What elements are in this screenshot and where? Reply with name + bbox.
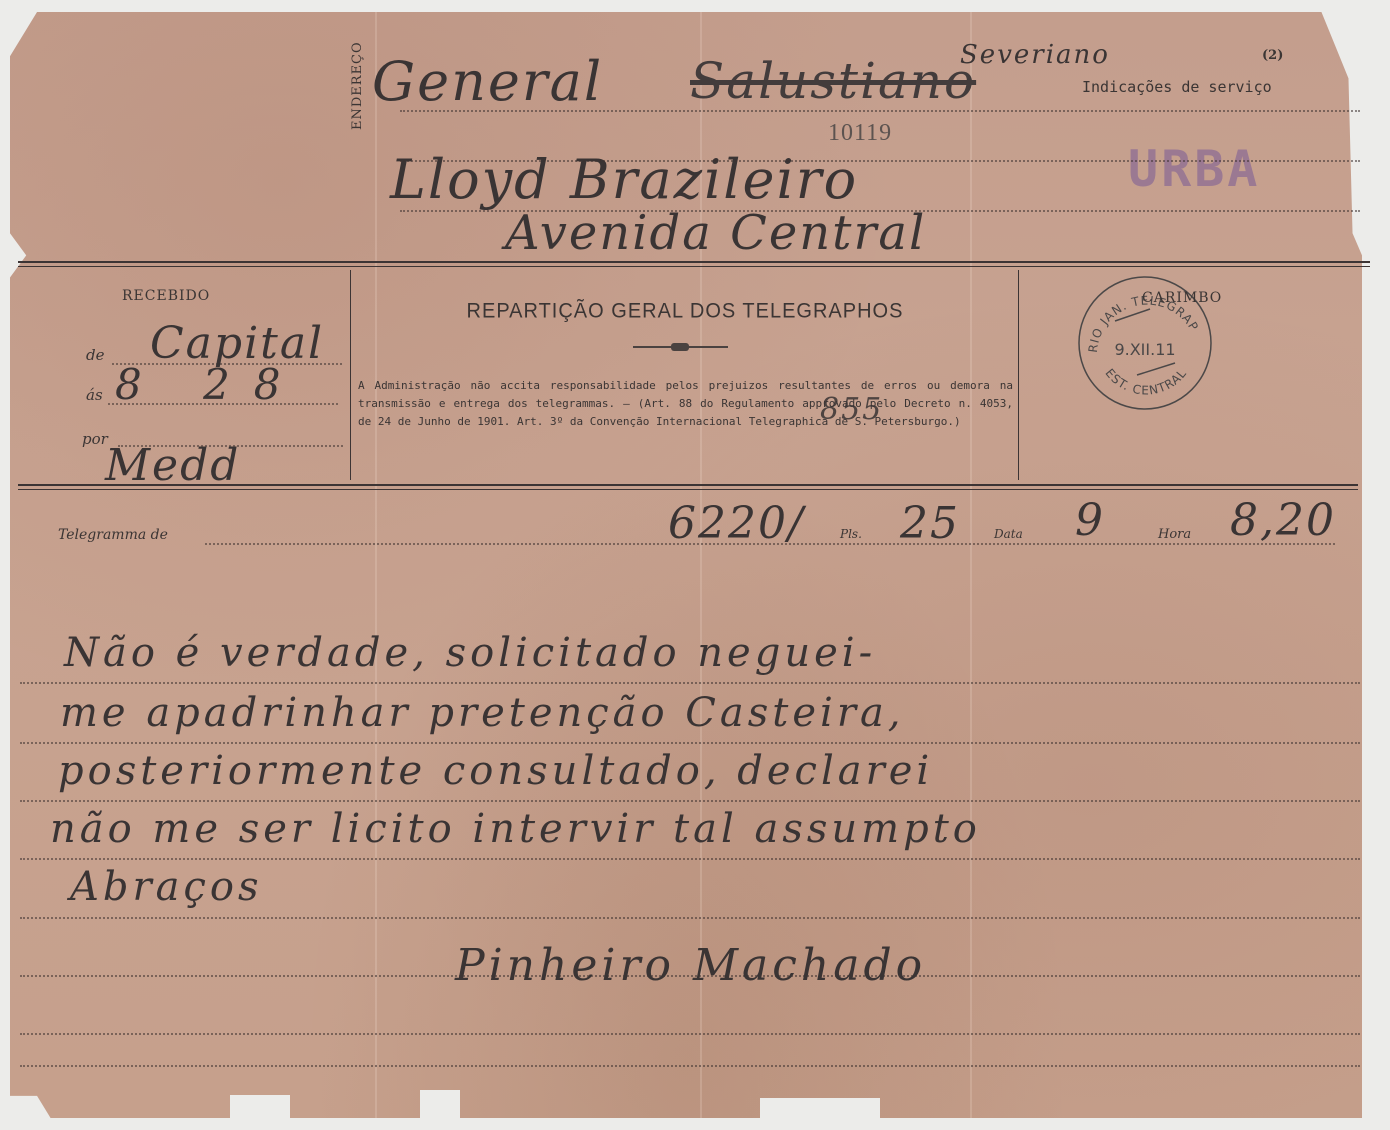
liability-disclaimer: A Administração não accita responsabilid…: [358, 377, 1013, 431]
message-line: me apadrinhar pretenção Casteira,: [60, 690, 905, 736]
received-title: RECEBIDO: [122, 288, 210, 304]
signature: Pinheiro Machado: [455, 940, 926, 991]
recipient-line-3: Avenida Central: [505, 205, 926, 261]
postmark-date: 9.XII.11: [1114, 340, 1175, 359]
ruled-line: [20, 858, 1360, 860]
serial-number: 10119: [828, 120, 892, 147]
from-label: de: [86, 346, 104, 364]
message-line: Abraços: [70, 864, 262, 910]
address-line: [400, 160, 1360, 162]
service-indications-label: Indicações de serviço: [1082, 78, 1272, 96]
recipient-struck-name: Salustiano: [690, 52, 976, 110]
at-value: 8 28: [115, 360, 305, 409]
message-line: Não é verdade, solicitado neguei-: [64, 630, 876, 676]
recipient-line-2: Lloyd Brazileiro: [390, 148, 858, 211]
torn-edge: [420, 1090, 460, 1130]
time-label: Hora: [1158, 527, 1191, 542]
handwritten-note: 855: [820, 392, 883, 427]
words-label: Pls.: [840, 527, 862, 541]
torn-edge: [230, 1095, 290, 1130]
ruled-line: [20, 800, 1360, 802]
stamp-label: CARIMBO: [1142, 290, 1222, 306]
at-label: ás: [86, 386, 103, 404]
postmark-bottom-text: EST. CENTRAL: [1102, 366, 1189, 397]
paper-fold: [375, 12, 377, 1118]
page-number: (2): [1262, 48, 1283, 63]
torn-edge: [760, 1098, 880, 1130]
date-label: Data: [994, 527, 1023, 541]
ruled-line: [20, 742, 1360, 744]
paper-fold: [970, 12, 972, 1118]
ruled-line: [20, 682, 1360, 684]
time-value: 8,20: [1230, 495, 1336, 546]
ornament-divider: [633, 346, 728, 348]
address-line: [400, 110, 1360, 112]
recipient-line-1: General: [372, 50, 603, 113]
telegram-number: 6220/: [668, 498, 805, 549]
service-stamp: URBA: [1128, 140, 1260, 198]
telegram-from-label: Telegramma de: [58, 527, 168, 543]
by-label: por: [82, 430, 108, 448]
words-value: 25: [900, 498, 960, 549]
recipient-correction: Severiano: [960, 40, 1110, 70]
date-value: 9: [1075, 495, 1105, 546]
address-label: ENDEREÇO: [350, 41, 365, 130]
office-title: REPARTIÇÃO GERAL DOS TELEGRAPHOS: [350, 299, 1020, 323]
section-divider: [18, 261, 1370, 267]
ruled-line: [20, 1065, 1360, 1067]
svg-text:EST. CENTRAL: EST. CENTRAL: [1102, 366, 1189, 397]
ruled-line: [20, 1033, 1360, 1035]
section-divider: [18, 484, 1358, 490]
message-line: não me ser licito intervir tal assumpto: [50, 806, 981, 852]
message-line: posteriormente consultado, declarei: [58, 748, 933, 794]
ruled-line: [20, 917, 1360, 919]
